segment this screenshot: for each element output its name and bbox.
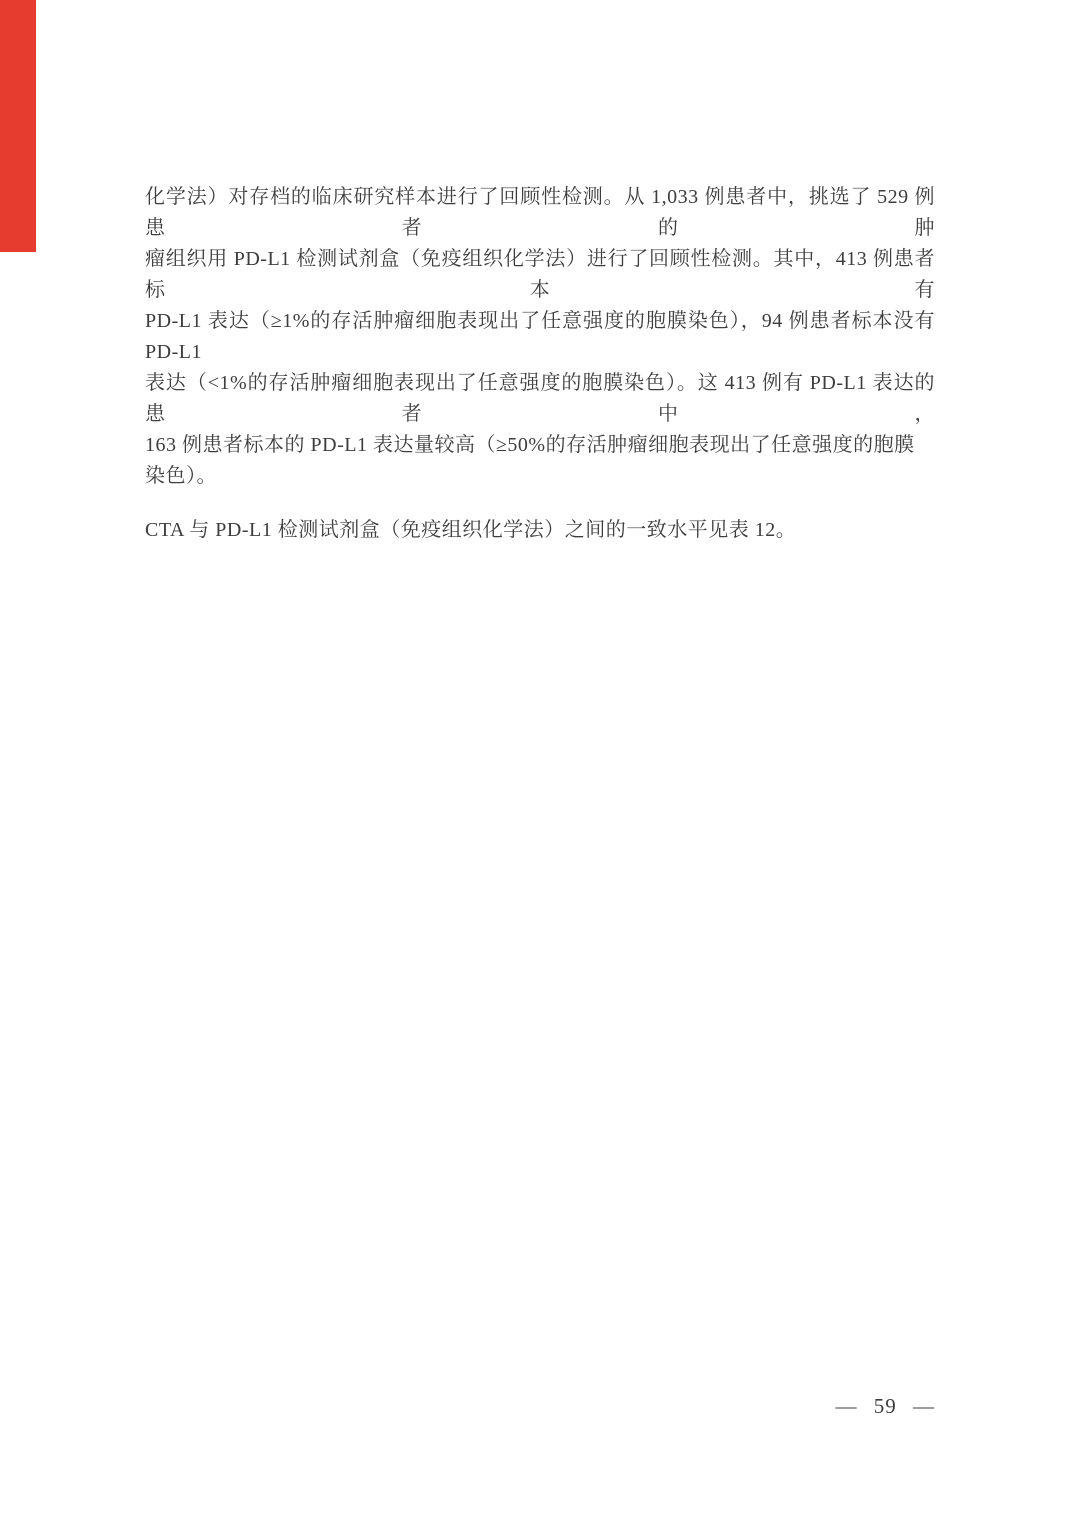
paragraph-retrospective-testing: 化学法）对存档的临床研究样本进行了回顾性检测。从 1,033 例患者中，挑选了 … <box>145 182 935 492</box>
text-line: 163 例患者标本的 PD-L1 表达量较高（≥50%的存活肿瘤细胞表现出了任意… <box>145 430 935 492</box>
text-line: 瘤组织用 PD-L1 检测试剂盒（免疫组织化学法）进行了回顾性检测。其中，413… <box>145 244 935 306</box>
text-line: PD-L1 表达（≥1%的存活肿瘤细胞表现出了任意强度的胞膜染色），94 例患者… <box>145 306 935 368</box>
paragraph-cta-concordance: CTA 与 PD-L1 检测试剂盒（免疫组织化学法）之间的一致水平见表 12。 <box>145 515 935 546</box>
red-margin-stripe <box>0 0 36 252</box>
body-text: 化学法）对存档的临床研究样本进行了回顾性检测。从 1,033 例患者中，挑选了 … <box>145 182 935 546</box>
text-line: 化学法）对存档的临床研究样本进行了回顾性检测。从 1,033 例患者中，挑选了 … <box>145 182 935 244</box>
document-page: 化学法）对存档的临床研究样本进行了回顾性检测。从 1,033 例患者中，挑选了 … <box>0 0 1080 1527</box>
text-line: 表达（<1%的存活肿瘤细胞表现出了任意强度的胞膜染色）。这 413 例有 PD-… <box>145 368 935 430</box>
page-number: — 59 — <box>685 1394 935 1418</box>
